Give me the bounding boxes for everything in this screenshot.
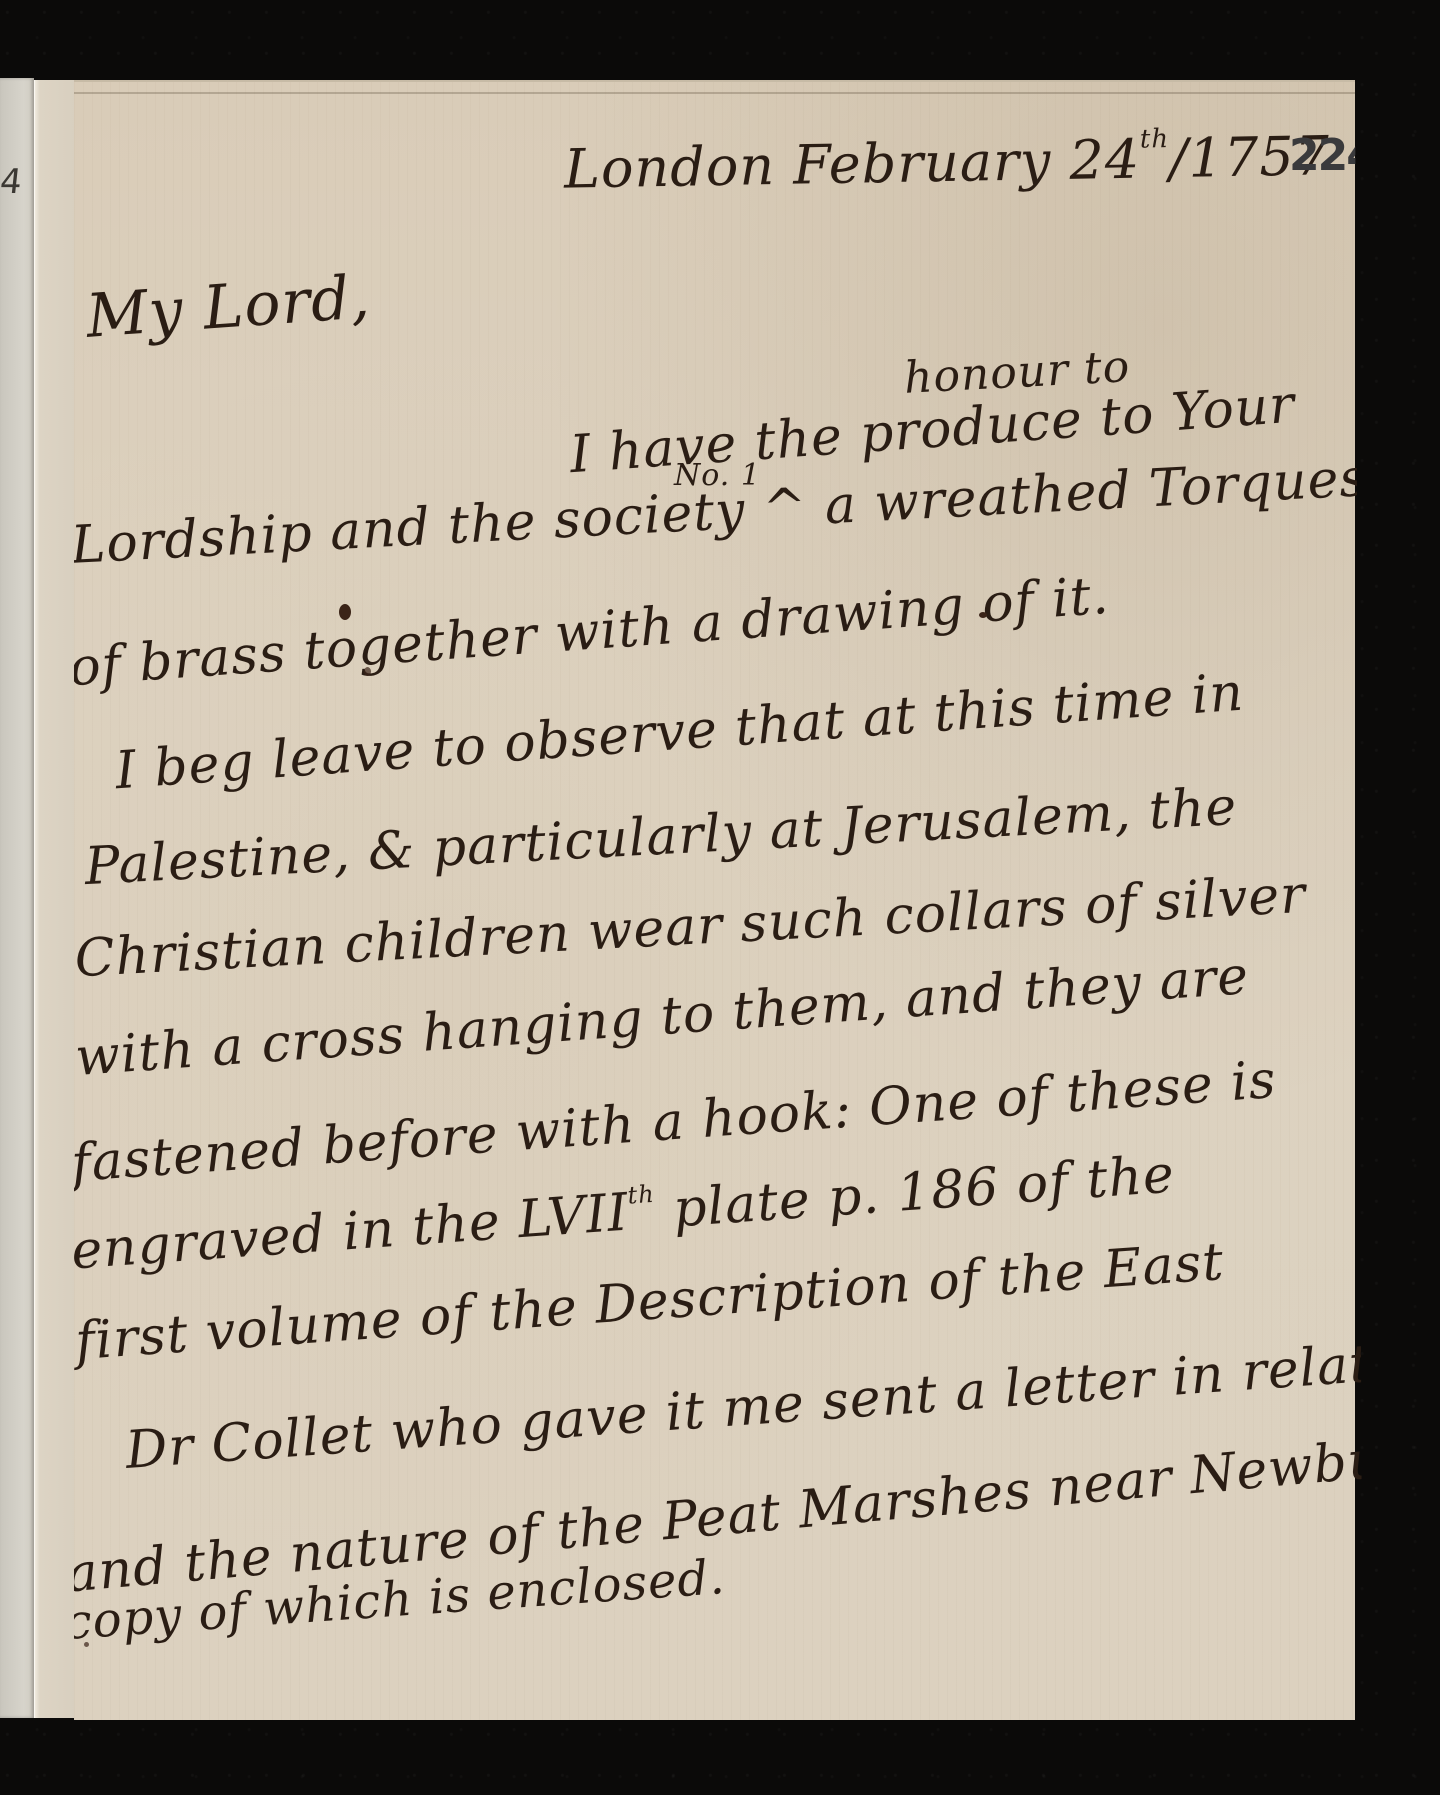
dateline: London February 24th/1757 — [563, 121, 1330, 200]
letter-line-9-end: plate p. 186 of the — [671, 1145, 1176, 1240]
sheet-top-fold-line — [74, 92, 1355, 94]
letter-sheet: London February 24th/1757 224 My Lord, h… — [74, 80, 1355, 1720]
ordinal-superscript: th — [627, 1180, 656, 1210]
facing-page: 4 — [0, 78, 34, 1718]
ink-blot — [84, 1642, 89, 1647]
dateline-place-date: London February 24 — [564, 128, 1141, 201]
ink-blot — [364, 667, 371, 676]
ink-blot — [979, 612, 987, 618]
letter-line-9-start: engraved in the LVII — [69, 1183, 631, 1282]
salutation: My Lord, — [84, 262, 373, 352]
facing-page-folio-number: 4 — [0, 162, 24, 202]
ink-blot — [339, 604, 351, 620]
letter-line-3: of brass together with a drawing of it. — [67, 566, 1111, 699]
dateline-superscript: th — [1140, 124, 1170, 155]
mounting-guard-strip — [34, 80, 76, 1718]
